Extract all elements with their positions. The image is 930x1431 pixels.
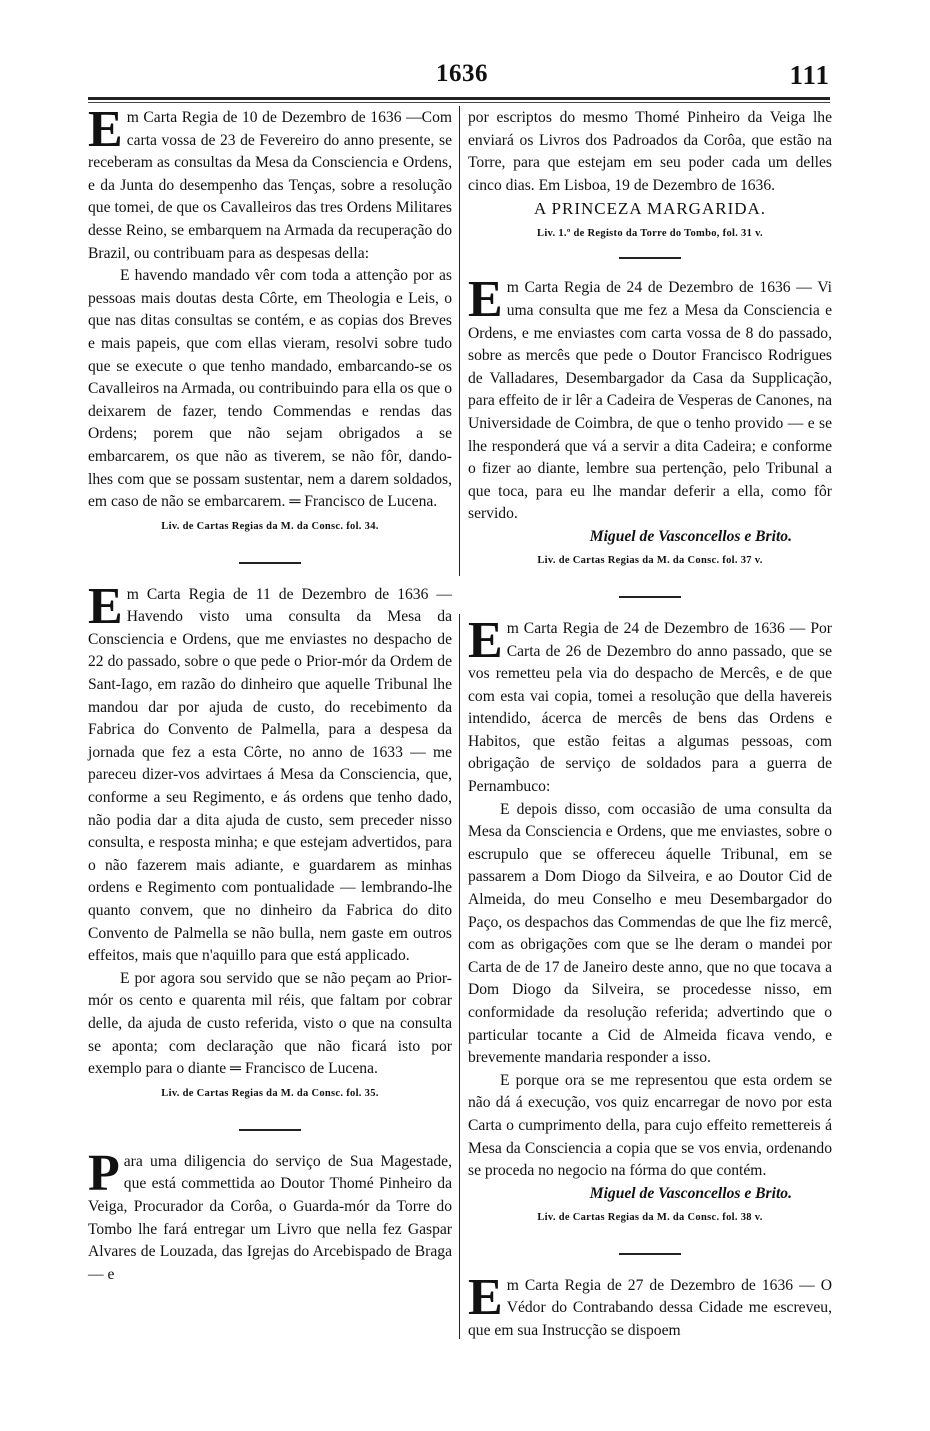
source-citation: Liv. de Cartas Regias da M. da Consc. fo… — [468, 1209, 832, 1227]
entry-paragraph: m Carta Regia de 27 de Dezembro de 1636 … — [468, 1277, 832, 1339]
signature: A PRINCEZA MARGARIDA. — [468, 197, 832, 221]
signature: Miguel de Vasconcellos e Brito. — [468, 1183, 832, 1205]
source-citation: Liv. 1.º de Registo da Torre do Tombo, f… — [468, 225, 832, 243]
entry-paragraph: E por agora sou servido que se não peçam… — [88, 968, 452, 1081]
entry-paragraph: m Carta Regia de 10 de Dezembro de 1636 … — [88, 109, 452, 262]
right-column: por escriptos do mesmo Thomé Pinheiro da… — [468, 107, 832, 1343]
entry-paragraph: E havendo mandado vêr com toda a attençã… — [88, 265, 452, 514]
running-header: 1636 111 — [88, 60, 830, 94]
entry-paragraph: m Carta Regia de 24 de Dezembro de 1636 … — [468, 620, 832, 795]
entry-carta-regia-10-dez: Em Carta Regia de 10 de Dezembro de 1636… — [88, 107, 452, 536]
section-divider — [239, 1129, 301, 1131]
scanned-page: 1636 111 Em Carta Regia de 10 de Dezembr… — [0, 0, 930, 1431]
entry-carta-regia-24-dez-a: Em Carta Regia de 24 de Dezembro de 1636… — [468, 277, 832, 570]
section-divider — [619, 1253, 681, 1255]
entry-paragraph: m Carta Regia de 24 de Dezembro de 1636 … — [468, 279, 832, 522]
entry-paragraph: ara uma diligencia do serviço de Sua Mag… — [88, 1153, 452, 1283]
drop-cap: E — [88, 587, 123, 627]
header-year: 1636 — [436, 60, 488, 88]
drop-cap: E — [468, 280, 503, 320]
entry-paragraph: m Carta Regia de 11 de Dezembro de 1636 … — [88, 586, 452, 965]
source-citation: Liv. de Cartas Regias da M. da Consc. fo… — [468, 552, 832, 570]
entry-carta-regia-24-dez-b: Em Carta Regia de 24 de Dezembro de 1636… — [468, 618, 832, 1227]
drop-cap: E — [468, 621, 503, 661]
drop-cap: E — [468, 1278, 503, 1318]
column-separator — [459, 614, 460, 1339]
drop-cap: P — [88, 1154, 120, 1194]
section-divider — [619, 257, 681, 259]
entry-paragraph: por escriptos do mesmo Thomé Pinheiro da… — [468, 107, 832, 197]
column-separator — [459, 106, 460, 576]
header-rule — [88, 97, 830, 100]
entry-carta-regia-11-dez: Em Carta Regia de 11 de Dezembro de 1636… — [88, 584, 452, 1103]
left-column: Em Carta Regia de 10 de Dezembro de 1636… — [88, 107, 452, 1286]
entry-continuation: por escriptos do mesmo Thomé Pinheiro da… — [468, 107, 832, 243]
header-rule-thin — [88, 102, 830, 103]
section-divider — [619, 596, 681, 598]
page-number: 111 — [789, 60, 830, 91]
signature: Miguel de Vasconcellos e Brito. — [468, 526, 832, 548]
section-divider — [239, 562, 301, 564]
entry-diligencia: Para uma diligencia do serviço de Sua Ma… — [88, 1151, 452, 1287]
entry-paragraph: E porque ora se me representou que esta … — [468, 1070, 832, 1183]
source-citation: Liv. de Cartas Regias da M. da Consc. fo… — [88, 518, 452, 536]
source-citation: Liv. de Cartas Regias da M. da Consc. fo… — [88, 1085, 452, 1103]
entry-carta-regia-27-dez: Em Carta Regia de 27 de Dezembro de 1636… — [468, 1275, 832, 1343]
drop-cap: E — [88, 110, 123, 150]
entry-paragraph: E depois disso, com occasião de uma cons… — [468, 799, 832, 1070]
